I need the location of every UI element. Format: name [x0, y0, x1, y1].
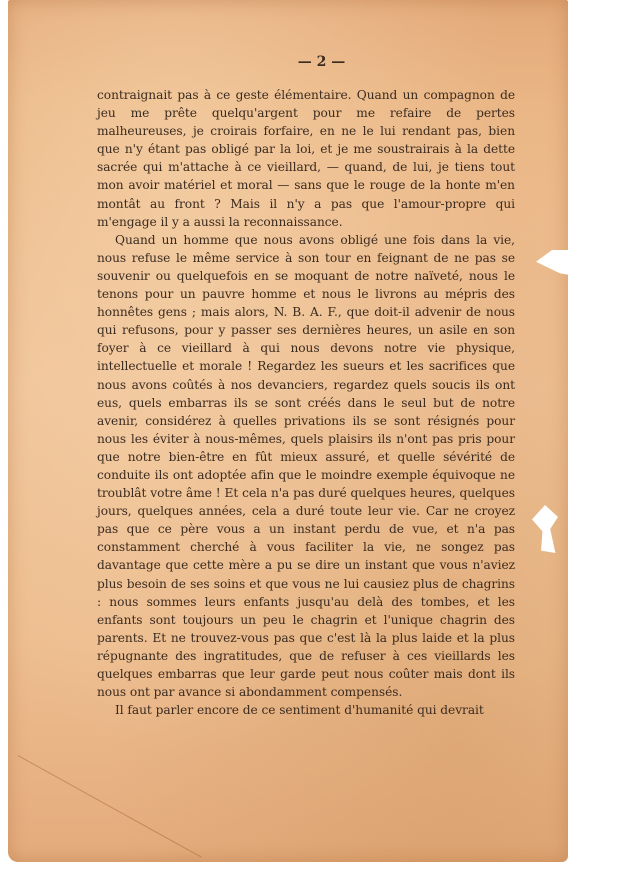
- page-number: — 2 —: [0, 54, 643, 70]
- paragraph-continuation: contraignait pas à ce geste élémentaire.…: [97, 86, 515, 231]
- paragraph: Quand un homme que nous avons obligé une…: [97, 231, 515, 701]
- paragraph-final: Il faut parler encore de ce sentiment d'…: [97, 701, 515, 719]
- body-text: contraignait pas à ce geste élémentaire.…: [97, 86, 515, 719]
- torn-edge: [536, 250, 576, 276]
- torn-hole: [532, 505, 558, 553]
- paper-crease: [18, 755, 202, 858]
